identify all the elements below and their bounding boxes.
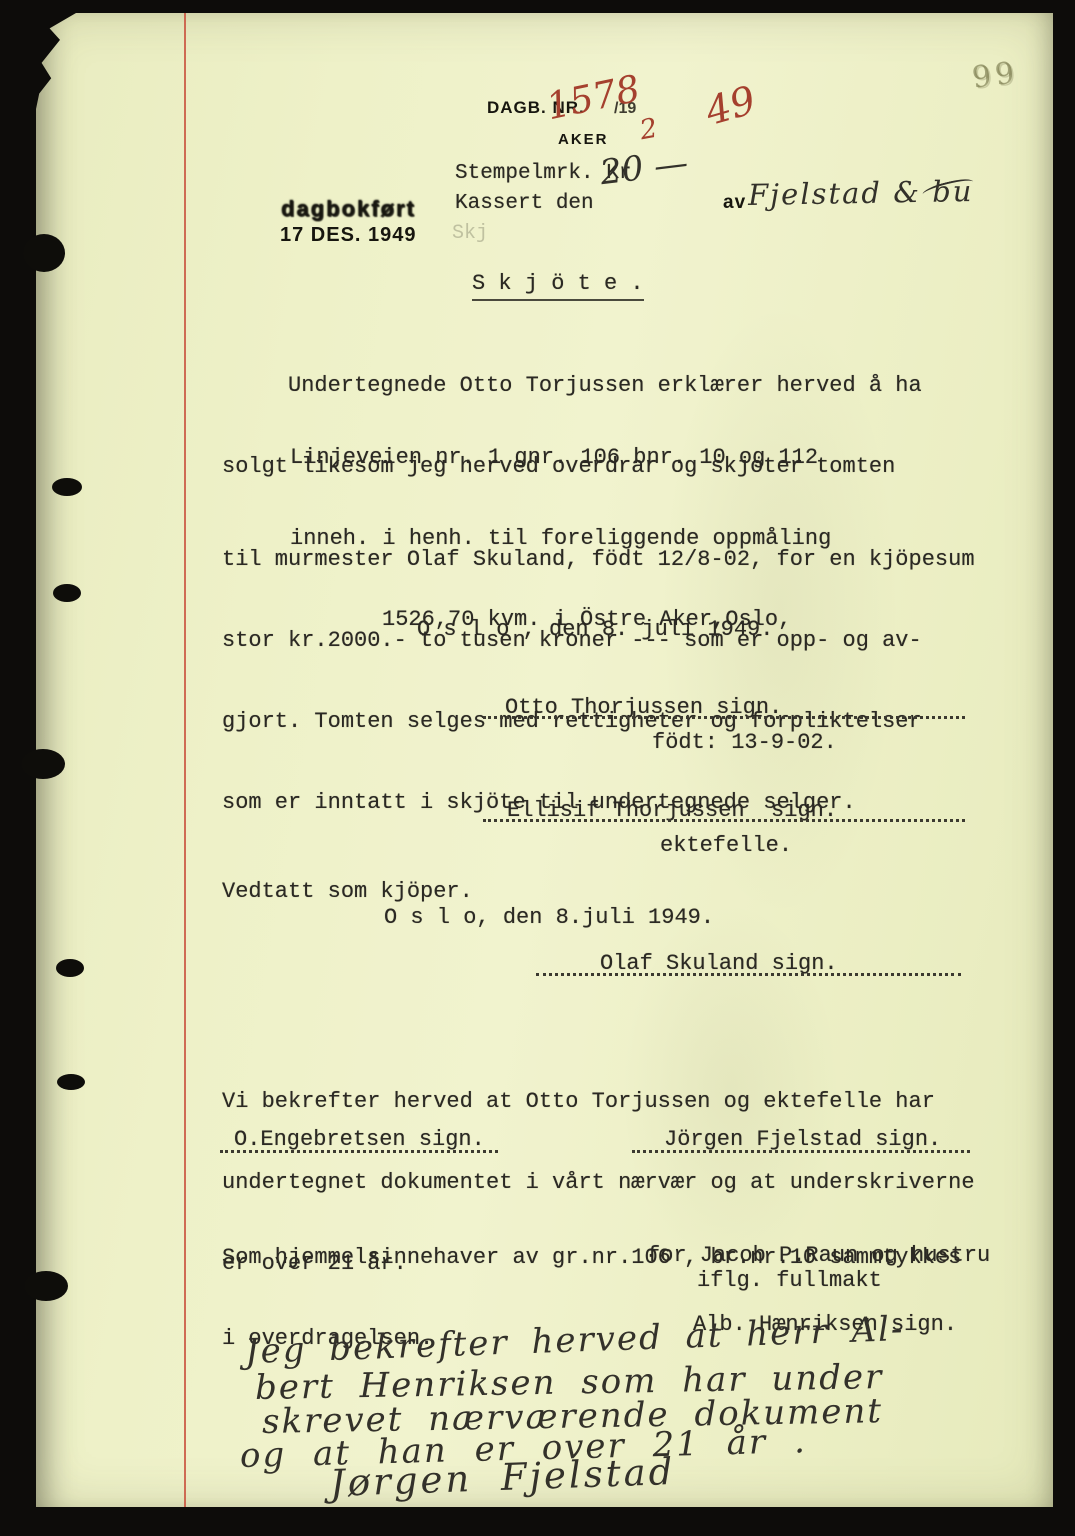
punch-hole — [57, 1074, 85, 1090]
witness-signature-right: Jörgen Fjelstad sign. — [664, 1126, 941, 1153]
signature-dotted-line — [632, 1150, 970, 1153]
signature-dotted-line — [536, 973, 961, 976]
spouse-signature-detail: ektefelle. — [660, 832, 792, 859]
consent-for-line: for Jacob P.Raun og hustru — [647, 1242, 990, 1269]
dateline-seller: O s l o , den 8. juli 1949. — [417, 616, 773, 643]
ghost-offset-text: Skj — [452, 222, 488, 245]
dagbokfort-stamp: dagbokført — [281, 196, 416, 222]
property-line: Linjeveien nr. 1 gnr. 106 bnr. 10 og 112 — [290, 444, 831, 471]
dagbokfort-date-stamp: 17 DES. 1949 — [280, 224, 417, 247]
punch-hole — [52, 478, 82, 496]
witness-signature-left: O.Engebretsen sign. — [234, 1126, 485, 1153]
kassert-den-label: Kassert den — [455, 190, 594, 217]
witness-line: Vi bekrefter herved at Otto Torjussen og… — [222, 1088, 975, 1115]
signature-dotted-line — [220, 1150, 498, 1153]
av-stamp: av — [723, 192, 746, 214]
av-signature-handwritten: Fjelstad & bu — [748, 174, 974, 212]
signature-dotted-line — [483, 716, 965, 719]
seller-signature-detail: födt: 13-9-02. — [652, 729, 837, 756]
punch-hole — [53, 584, 81, 602]
red-margin-line — [184, 13, 186, 1507]
punch-hole — [23, 234, 65, 272]
deed-title: S k j ö t e . — [472, 270, 644, 297]
buyer-acceptance: Vedtatt som kjöper. — [222, 878, 473, 905]
punch-hole — [56, 959, 84, 977]
consent-for-line: iflg. fullmakt — [697, 1267, 882, 1294]
terms-line: til murmester Olaf Skuland, födt 12/8-02… — [222, 546, 975, 573]
punch-hole — [21, 749, 65, 779]
page-number-stamp: 99 — [970, 55, 1020, 95]
buyer-dateline: O s l o, den 8.juli 1949. — [384, 904, 714, 931]
scanned-deed-page: 99 DAGB. NR. /19 1578 2 49 AKER Stempelm… — [0, 0, 1075, 1536]
signature-dotted-line — [483, 819, 965, 822]
aker-stamp: AKER — [558, 131, 609, 148]
punch-hole — [24, 1271, 68, 1301]
